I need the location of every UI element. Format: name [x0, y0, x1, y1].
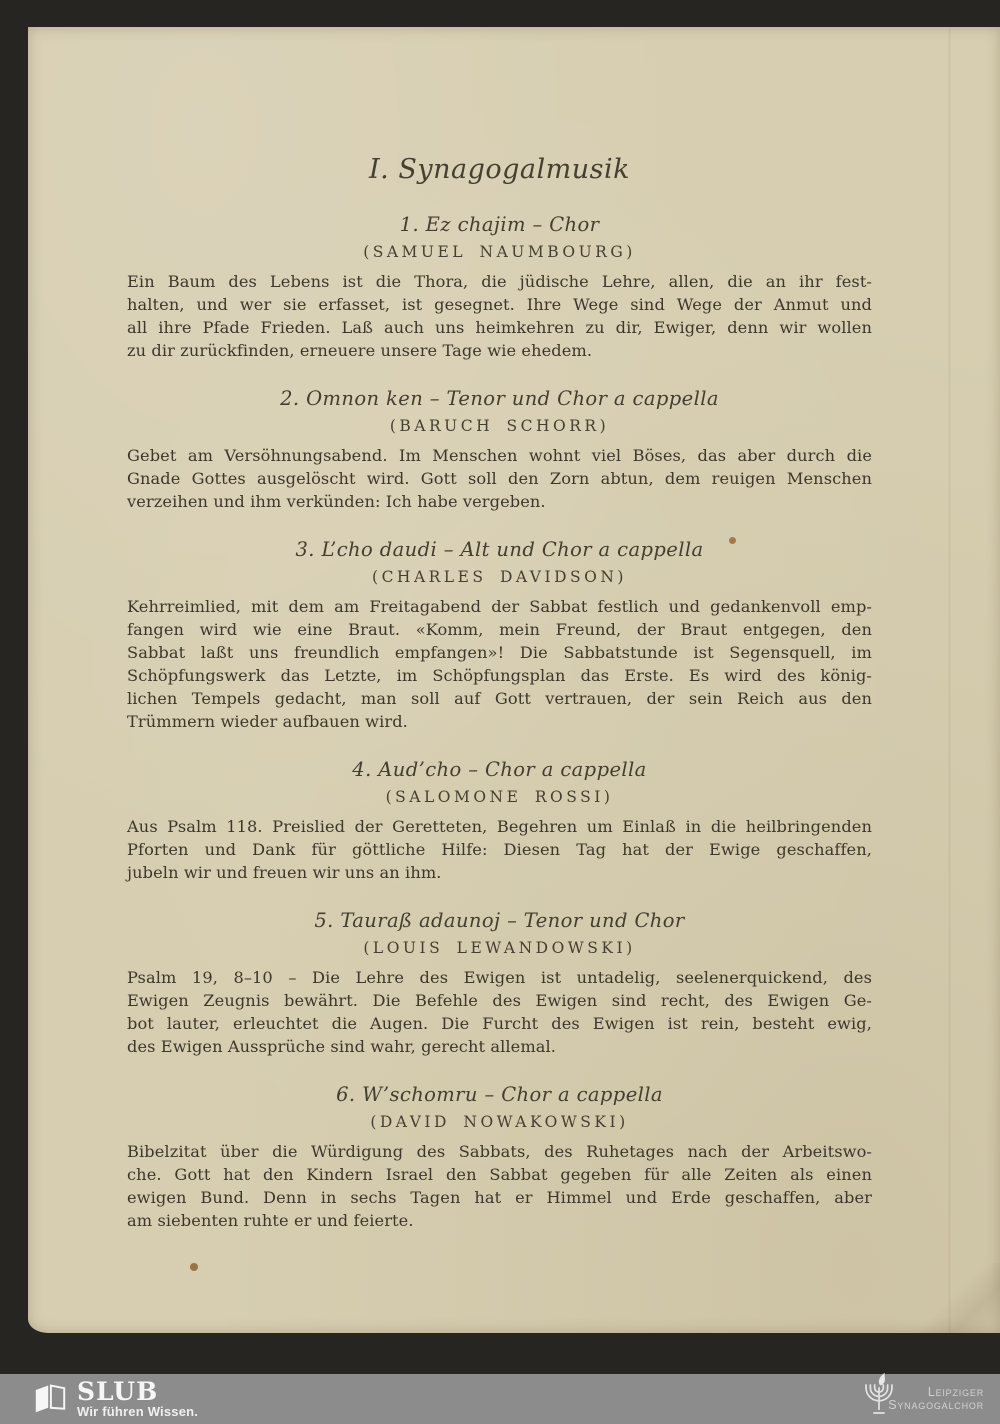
- program-line: fangen wird wie eine Braut. «Komm, mein …: [127, 618, 872, 641]
- slub-logo: SLUB Wir führen Wissen.: [32, 1379, 198, 1419]
- program-line: Sabbat laßt uns freundlich empfangen»! D…: [127, 641, 872, 664]
- scanned-program-page: I. Synagogalmusik 1. Ez chajim – Chor (S…: [28, 27, 1000, 1333]
- program-line: Ewigen Zeugnis bewährt. Die Befehle des …: [127, 989, 872, 1012]
- program-line: Kehrreimlied, mit dem am Freitagabend de…: [127, 595, 872, 618]
- slub-wordmark: SLUB: [77, 1379, 198, 1404]
- program-section-1: 1. Ez chajim – Chor (SAMUEL NAUMBOURG) E…: [127, 212, 872, 362]
- page-content: I. Synagogalmusik 1. Ez chajim – Chor (S…: [28, 27, 1000, 1232]
- piece-heading: 2. Omnon ken – Tenor und Chor a cappella: [127, 386, 872, 412]
- program-line: Gebet am Versöhnungsabend. Im Menschen w…: [127, 444, 872, 467]
- choir-name-block: Leipziger Synagogalchor: [888, 1386, 984, 1412]
- piece-description: Psalm 19, 8–10 – Die Lehre des Ewigen is…: [127, 966, 872, 1058]
- piece-heading: 3. L’cho daudi – Alt und Chor a cappella: [127, 537, 872, 563]
- composer-name: (SAMUEL NAUMBOURG): [127, 240, 872, 264]
- composer-name: (LOUIS LEWANDOWSKI): [127, 936, 872, 960]
- program-line: des Ewigen Aussprüche sind wahr, gerecht…: [127, 1035, 872, 1058]
- program-line: Bibelzitat über die Würdigung des Sabbat…: [127, 1140, 872, 1163]
- paper-fold-shadow: [880, 1263, 1000, 1333]
- piece-heading: 1. Ez chajim – Chor: [127, 212, 872, 238]
- piece-description: Aus Psalm 118. Preislied der Geretteten,…: [127, 815, 872, 884]
- program-section-2: 2. Omnon ken – Tenor und Chor a cappella…: [127, 386, 872, 513]
- program-line: halten, und wer sie erfasset, ist gesegn…: [127, 293, 872, 316]
- composer-name: (CHARLES DAVIDSON): [127, 565, 872, 589]
- program-line: Pforten und Dank für göttliche Hilfe: Di…: [127, 838, 872, 861]
- piece-heading: 4. Aud’cho – Chor a cappella: [127, 757, 872, 783]
- program-line: all ihre Pfade Frieden. Laß auch uns hei…: [127, 316, 872, 339]
- program-section-6: 6. W’schomru – Chor a cappella (DAVID NO…: [127, 1082, 872, 1232]
- program-line: Psalm 19, 8–10 – Die Lehre des Ewigen is…: [127, 966, 872, 989]
- page-title: I. Synagogalmusik: [127, 154, 872, 185]
- program-line: lichen Tempels gedacht, man soll auf Got…: [127, 687, 872, 710]
- composer-name: (DAVID NOWAKOWSKI): [127, 1110, 872, 1134]
- program-line: ewigen Bund. Denn in sechs Tagen hat er …: [127, 1186, 872, 1209]
- slub-text-block: SLUB Wir führen Wissen.: [77, 1379, 198, 1419]
- program-line: Gnade Gottes ausgelöscht wird. Gott soll…: [127, 467, 872, 490]
- program-line: verzeihen und ihm verkünden: Ich habe ve…: [127, 490, 872, 513]
- paper-crease: [948, 27, 951, 1333]
- leipziger-synagogalchor-logo: Leipziger Synagogalchor: [856, 1376, 984, 1423]
- program-section-3: 3. L’cho daudi – Alt und Chor a cappella…: [127, 537, 872, 733]
- program-line: zu dir zurückfinden, erneuere unsere Tag…: [127, 339, 872, 362]
- choir-name-line2: Synagogalchor: [888, 1399, 984, 1412]
- piece-description: Gebet am Versöhnungsabend. Im Menschen w…: [127, 444, 872, 513]
- program-line: Trümmern wieder aufbauen wird.: [127, 710, 872, 733]
- footer-branding-bar: SLUB Wir führen Wissen.: [0, 1374, 1000, 1424]
- program-line: jubeln wir und freuen wir uns an ihm.: [127, 861, 872, 884]
- piece-heading: 5. Tauraß adaunoj – Tenor und Chor: [127, 908, 872, 934]
- program-line: che. Gott hat den Kindern Israel den Sab…: [127, 1163, 872, 1186]
- program-line: bot lauter, erleuchtet die Augen. Die Fu…: [127, 1012, 872, 1035]
- piece-description: Kehrreimlied, mit dem am Freitagabend de…: [127, 595, 872, 733]
- piece-description: Ein Baum des Lebens ist die Thora, die j…: [127, 270, 872, 362]
- composer-name: (SALOMONE ROSSI): [127, 785, 872, 809]
- program-section-4: 4. Aud’cho – Chor a cappella (SALOMONE R…: [127, 757, 872, 884]
- piece-description: Bibelzitat über die Würdigung des Sabbat…: [127, 1140, 872, 1232]
- open-book-icon: [32, 1382, 68, 1419]
- program-line: Schöpfungswerk das Letzte, im Schöpfungs…: [127, 664, 872, 687]
- program-section-5: 5. Tauraß adaunoj – Tenor und Chor (LOUI…: [127, 908, 872, 1058]
- menorah-icon: [856, 1372, 902, 1423]
- program-line: Aus Psalm 118. Preislied der Geretteten,…: [127, 815, 872, 838]
- composer-name: (BARUCH SCHORR): [127, 414, 872, 438]
- ink-stain-dot: [190, 1263, 198, 1271]
- program-line: Ein Baum des Lebens ist die Thora, die j…: [127, 270, 872, 293]
- slub-tagline: Wir führen Wissen.: [77, 1404, 198, 1419]
- piece-heading: 6. W’schomru – Chor a cappella: [127, 1082, 872, 1108]
- ink-stain-dot: [729, 537, 736, 544]
- program-line: am siebenten ruhte er und feierte.: [127, 1209, 872, 1232]
